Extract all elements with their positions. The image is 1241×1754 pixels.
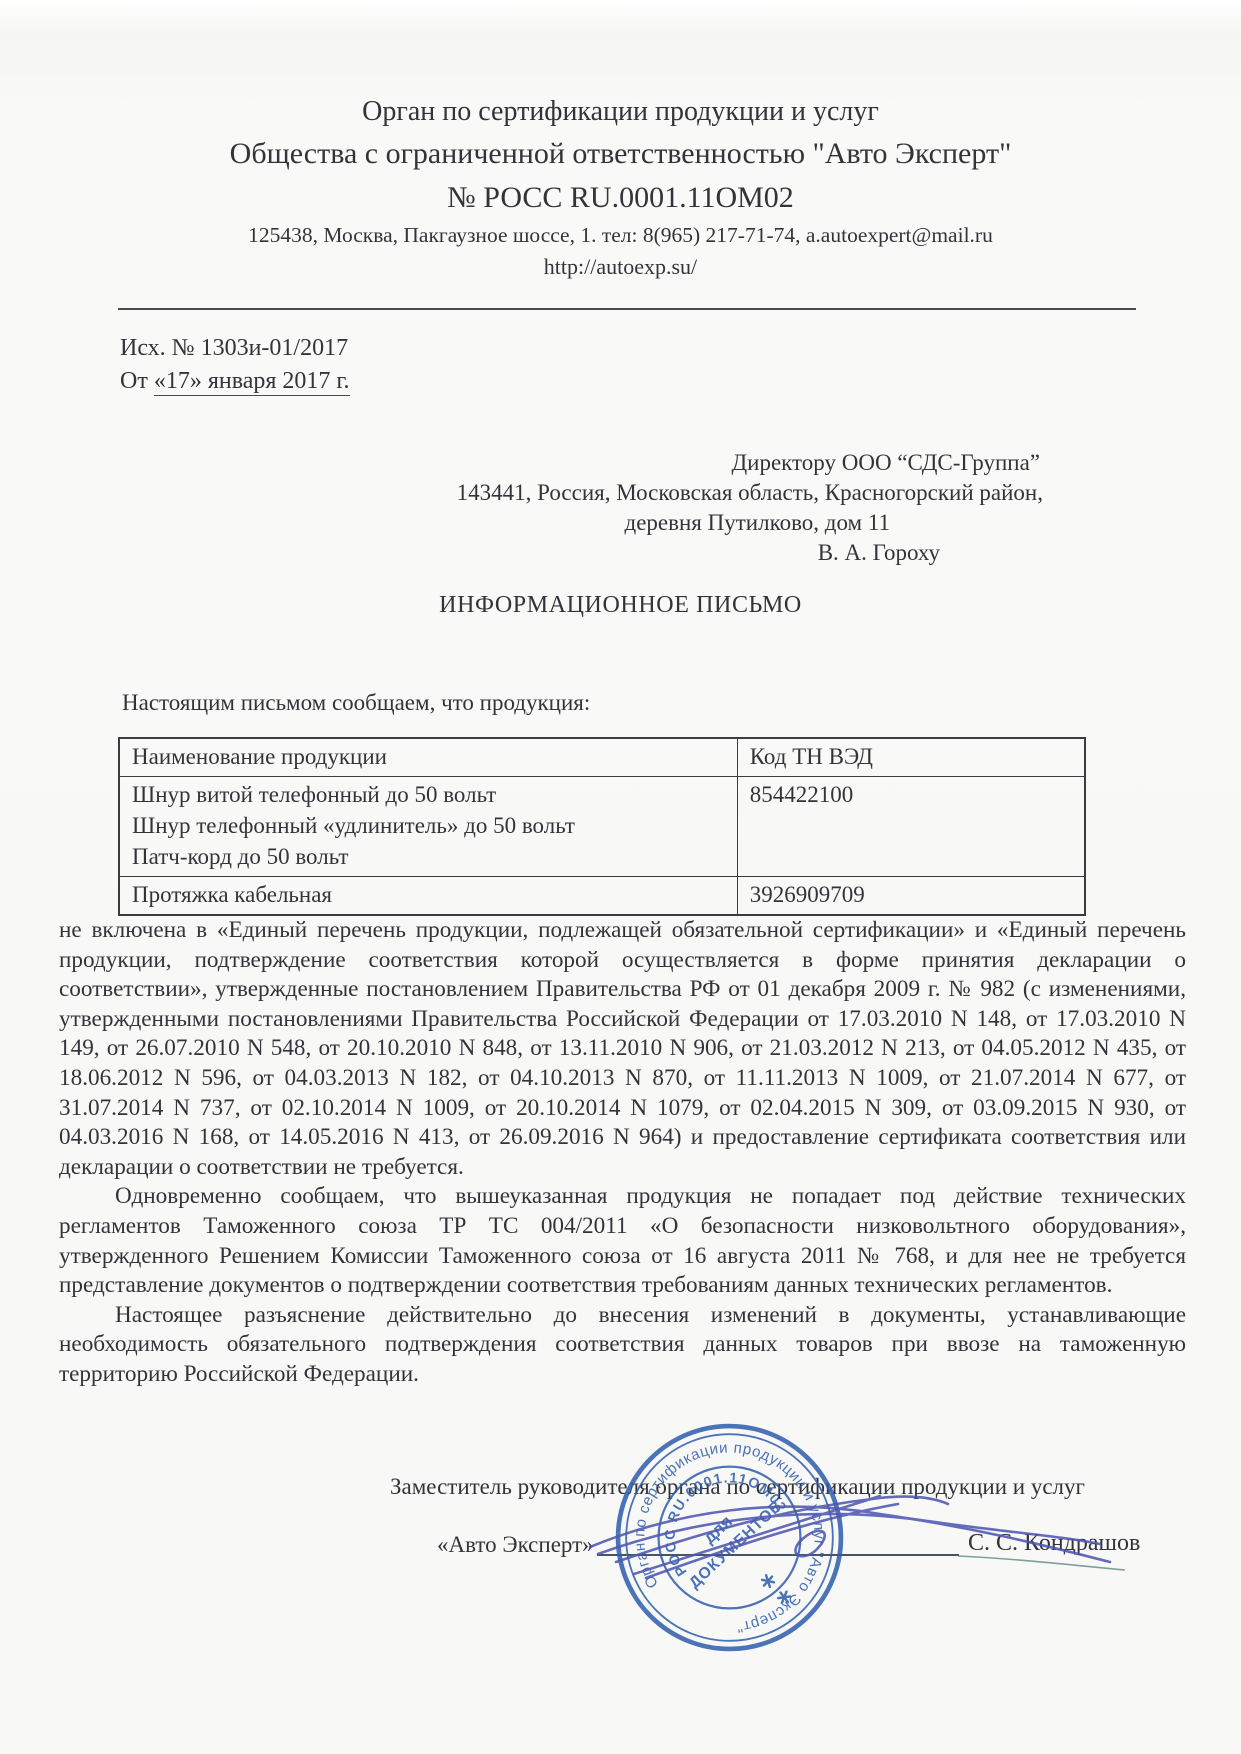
outgoing-date: «17» января 2017 г. bbox=[154, 368, 350, 396]
recipient-line: 143441, Россия, Московская область, Крас… bbox=[435, 478, 1135, 508]
products-table: Наименование продукции Код ТН ВЭД Шнур в… bbox=[118, 737, 1086, 916]
recipient-line: Директору ООО “СДС-Группа” bbox=[435, 448, 1135, 478]
product-code-cell: 854422100 bbox=[737, 777, 1085, 877]
letterhead-website: http://autoexp.su/ bbox=[0, 252, 1241, 282]
product-code-cell: 3926909709 bbox=[737, 877, 1085, 916]
product-name-cell: Шнур витой телефонный до 50 вольт Шнур т… bbox=[119, 777, 737, 877]
recipient-line: деревня Путилково, дом 11 bbox=[435, 508, 1135, 538]
recipient-line: В. А. Гороху bbox=[435, 538, 1135, 568]
product-name-line: Шнур телефонный «удлинитель» до 50 вольт bbox=[132, 810, 725, 841]
outgoing-number: Исх. № 1303и-01/2017 bbox=[120, 332, 350, 365]
letterhead-contacts: 125438, Москва, Пакгаузное шоссе, 1. тел… bbox=[0, 219, 1241, 252]
column-header-code: Код ТН ВЭД bbox=[737, 738, 1085, 777]
handwritten-signature bbox=[550, 1462, 1150, 1602]
paragraph-validity: Настоящее разъяснение действительно до в… bbox=[59, 1301, 1186, 1390]
paragraph-exclusion: не включена в «Единый перечень продукции… bbox=[59, 916, 1186, 1182]
letter-body: не включена в «Единый перечень продукции… bbox=[59, 916, 1186, 1390]
letterhead: Орган по сертификации продукции и услуг … bbox=[0, 92, 1241, 282]
letter-title: ИНФОРМАЦИОННОЕ ПИСЬМО bbox=[0, 592, 1241, 619]
outgoing-date-line: От «17» января 2017 г. bbox=[120, 365, 350, 398]
reference-block: Исх. № 1303и-01/2017 От «17» января 2017… bbox=[120, 332, 350, 398]
date-prefix: От bbox=[120, 368, 154, 394]
letterhead-org-name: Общества с ограниченной ответственностью… bbox=[0, 132, 1241, 176]
letterhead-org-type: Орган по сертификации продукции и услуг bbox=[0, 92, 1241, 132]
letterhead-divider bbox=[118, 308, 1136, 310]
product-name-cell: Протяжка кабельная bbox=[119, 877, 737, 916]
scanned-letter-page: Орган по сертификации продукции и услуг … bbox=[0, 0, 1241, 1754]
table-header-row: Наименование продукции Код ТН ВЭД bbox=[119, 738, 1085, 777]
intro-line: Настоящим письмом сообщаем, что продукци… bbox=[122, 690, 590, 716]
letterhead-reg-number: № РОСС RU.0001.11ОМ02 bbox=[0, 176, 1241, 219]
table-row: Шнур витой телефонный до 50 вольт Шнур т… bbox=[119, 777, 1085, 877]
product-name-line: Патч-корд до 50 вольт bbox=[132, 841, 725, 872]
paragraph-tr-ts: Одновременно сообщаем, что вышеуказанная… bbox=[59, 1182, 1186, 1300]
table-row: Протяжка кабельная 3926909709 bbox=[119, 877, 1085, 916]
recipient-block: Директору ООО “СДС-Группа” 143441, Росси… bbox=[435, 448, 1135, 568]
column-header-name: Наименование продукции bbox=[119, 738, 737, 777]
product-name-line: Шнур витой телефонный до 50 вольт bbox=[132, 779, 725, 810]
